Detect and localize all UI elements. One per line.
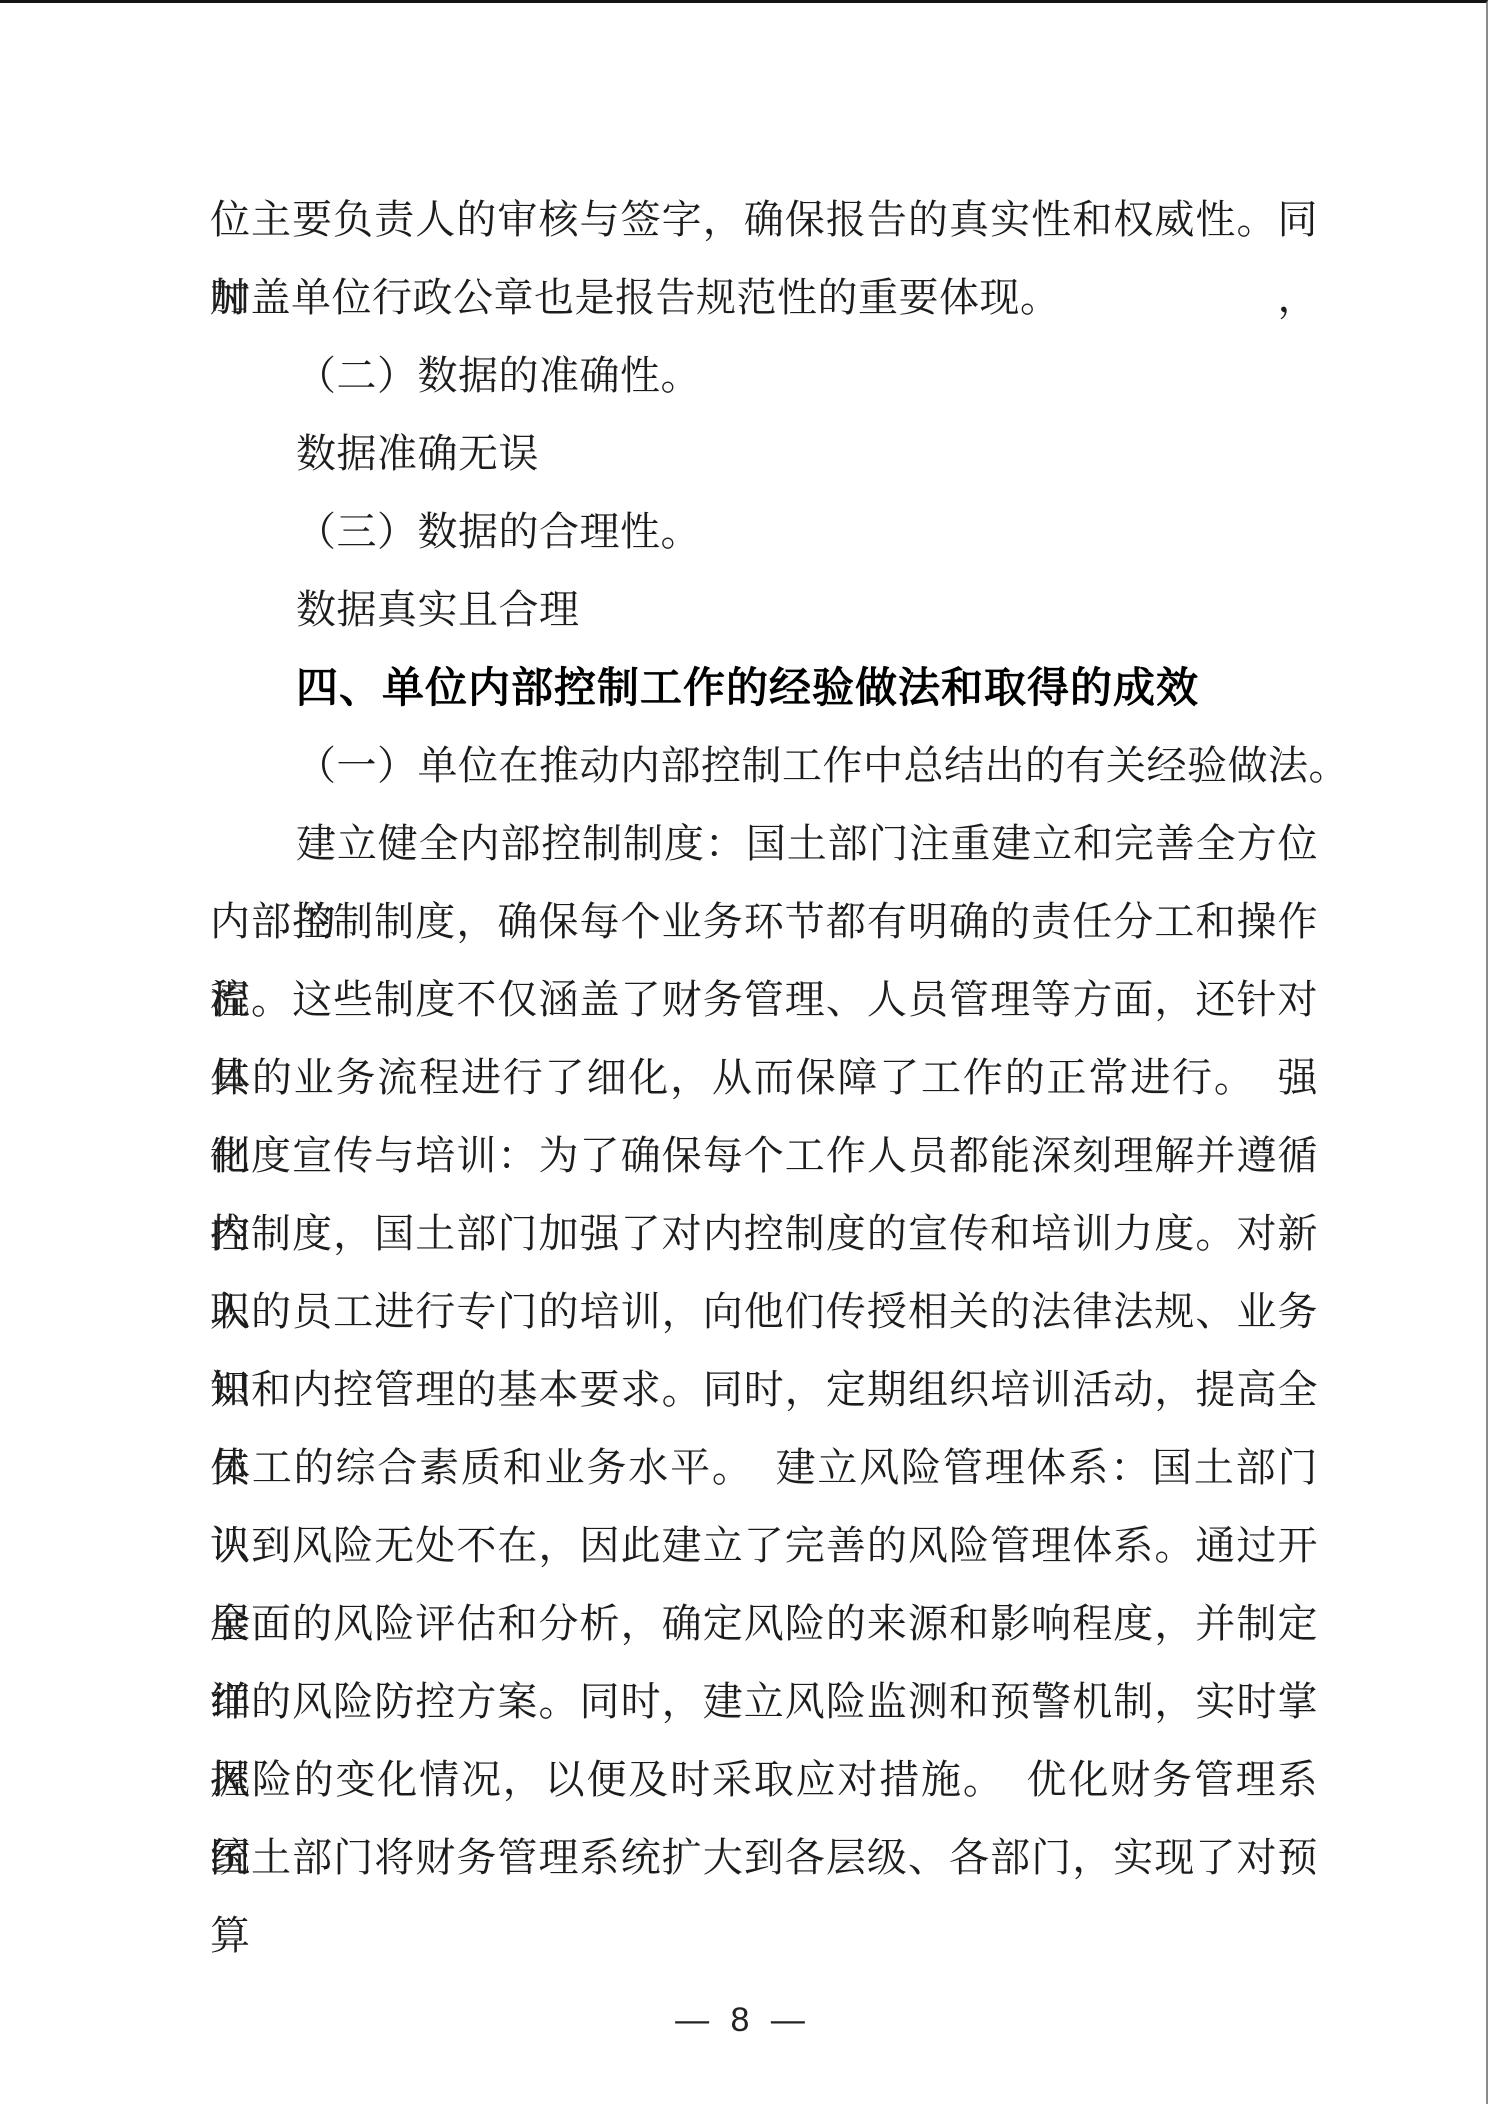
section-heading: 四、单位内部控制工作的经验做法和取得的成效 <box>210 649 1318 727</box>
subsection-label: （三）数据的合理性。 <box>210 493 1318 571</box>
text-line: 控制度，国土部门加强了对内控制度的宣传和培训力度。对新入 <box>210 1195 1318 1273</box>
text-line: 建立健全内部控制制度：国土部门注重建立和完善全方位的 <box>210 805 1318 883</box>
document-body: 位主要负责人的审核与签字，确保报告的真实性和权威性。同时， 加盖单位行政公章也是… <box>210 181 1318 1897</box>
text-line: 识和内控管理的基本要求。同时，定期组织培训活动，提高全体 <box>210 1351 1318 1429</box>
text-line: 程。这些制度不仅涵盖了财务管理、人员管理等方面，还针对具 <box>210 961 1318 1039</box>
text-line: 细的风险防控方案。同时，建立风险监测和预警机制，实时掌握 <box>210 1663 1318 1741</box>
text-line: 员工的综合素质和业务水平。 建立风险管理体系：国土部门认 <box>210 1429 1318 1507</box>
text-line: 位主要负责人的审核与签字，确保报告的真实性和权威性。同时， <box>210 181 1318 259</box>
text-line: 内部控制制度，确保每个业务环节都有明确的责任分工和操作流 <box>210 883 1318 961</box>
text-line: 国土部门将财务管理系统扩大到各层级、各部门，实现了对预算 <box>210 1819 1318 1897</box>
text-line: 体的业务流程进行了细化，从而保障了工作的正常进行。 强化 <box>210 1039 1318 1117</box>
page-number: — 8 — <box>0 2001 1486 2040</box>
text-line: 数据真实且合理 <box>210 571 1318 649</box>
text-line: 识到风险无处不在，因此建立了完善的风险管理体系。通过开展 <box>210 1507 1318 1585</box>
text-line: 风险的变化情况，以便及时采取应对措施。 优化财务管理系统： <box>210 1741 1318 1819</box>
text-line: 职的员工进行专门的培训，向他们传授相关的法律法规、业务知 <box>210 1273 1318 1351</box>
text-line: 数据准确无误 <box>210 415 1318 493</box>
text-line: 制度宣传与培训：为了确保每个工作人员都能深刻理解并遵循内 <box>210 1117 1318 1195</box>
text-line: 全面的风险评估和分析，确定风险的来源和影响程度，并制定详 <box>210 1585 1318 1663</box>
subsection-label: （二）数据的准确性。 <box>210 337 1318 415</box>
subsection-label: （一）单位在推动内部控制工作中总结出的有关经验做法。 <box>210 727 1318 805</box>
document-page: 位主要负责人的审核与签字，确保报告的真实性和权威性。同时， 加盖单位行政公章也是… <box>0 0 1488 2104</box>
